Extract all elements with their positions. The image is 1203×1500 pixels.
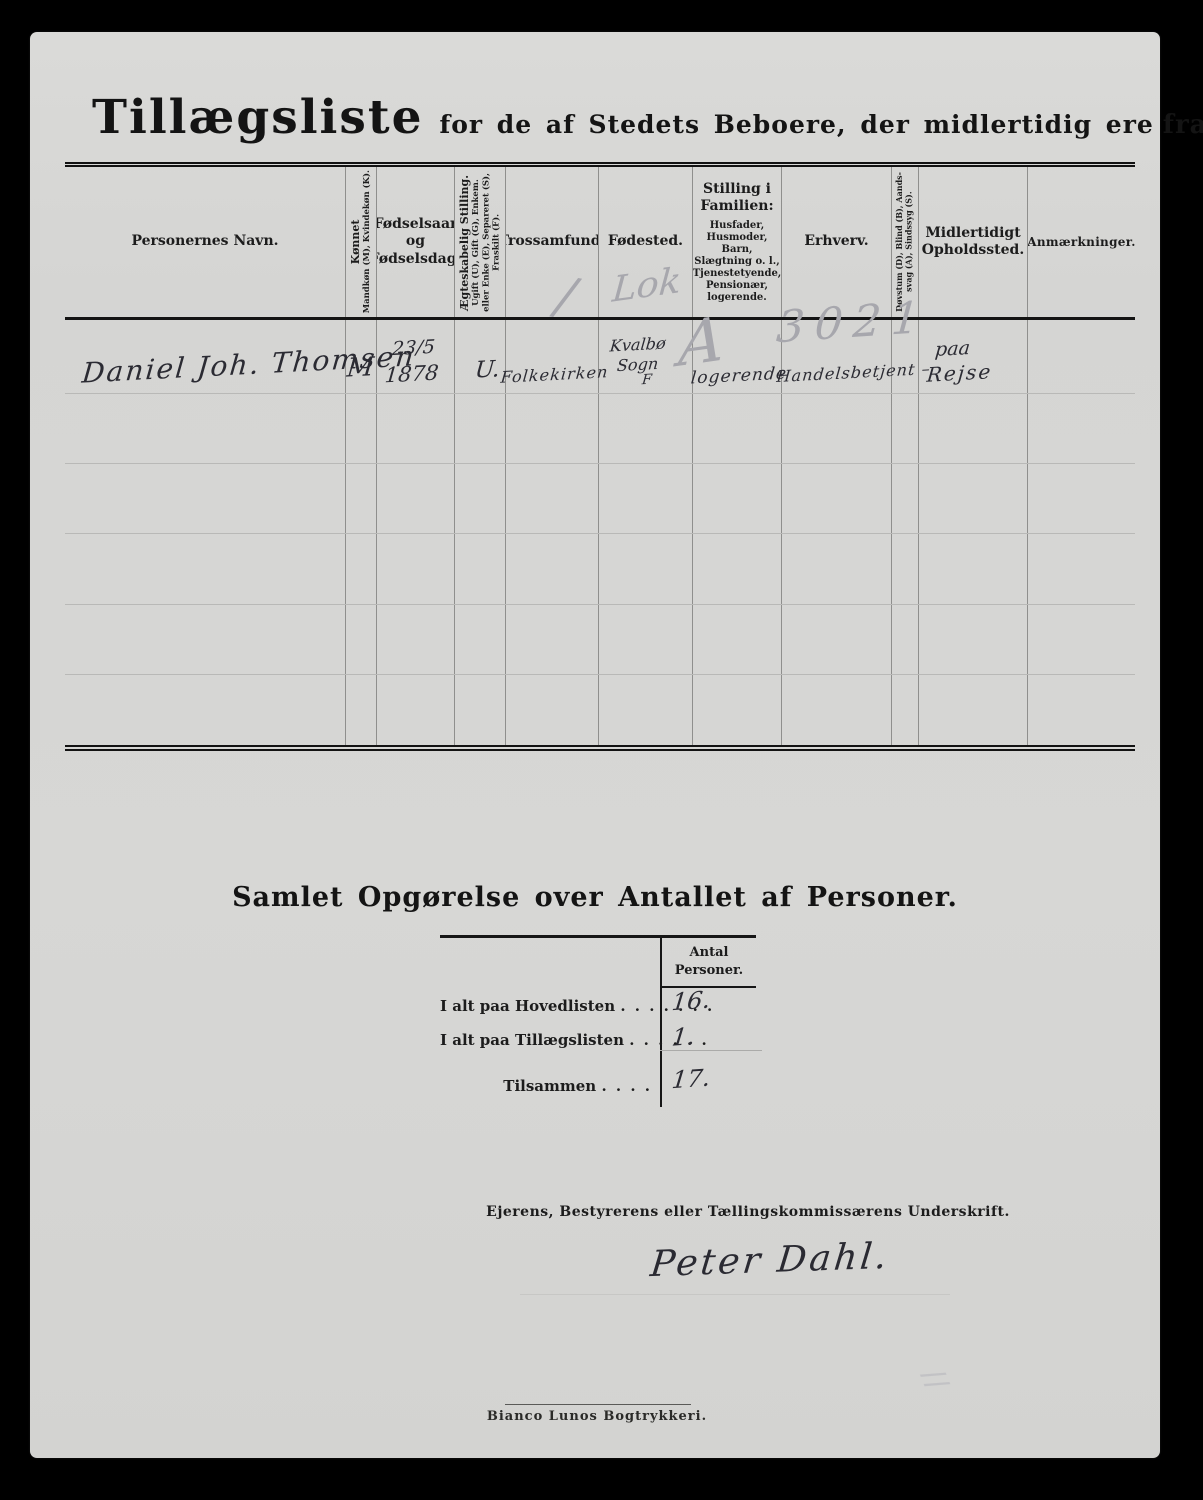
- table-row-empty: [65, 464, 1135, 534]
- handwriting-birthplace-1: Kvalbø: [609, 336, 666, 356]
- census-form-page: Tillægsliste for de af Stedets Beboere, …: [30, 32, 1160, 1458]
- summary-row-tillaegsliste-label: I alt paa Tillægslisten . . . . . .: [440, 1031, 652, 1049]
- col-header-family-position: Stilling i Familien: Husfader, Husmoder,…: [692, 167, 781, 317]
- col-header-family-sub: Husfader, Husmoder, Barn, Slægtning o. l…: [693, 220, 781, 304]
- summary-row-total-label: Tilsammen . . . .: [440, 1077, 652, 1095]
- printer-credit: Bianco Lunos Bogtrykkeri.: [447, 1409, 747, 1424]
- summary-row-hovedliste-label: I alt paa Hovedlisten . . . . . . .: [440, 997, 652, 1015]
- pencil-scratch-mark: ∕∕: [915, 1364, 955, 1396]
- dot-leader: . . . .: [601, 1077, 652, 1095]
- col-header-marital-main: Ægteskabelig Stilling.: [458, 173, 471, 312]
- census-table: Personernes Navn. Kønnet Mandkøn (M), Kv…: [65, 162, 1135, 751]
- summary-top-rule: [440, 935, 756, 938]
- col-header-name-label: Personernes Navn.: [131, 233, 278, 251]
- col-header-birthdate: Fødselsaar og Fødselsdag.: [376, 167, 454, 317]
- handwriting-birth-day: 23/5: [391, 338, 436, 360]
- handwriting-residence-1: paa: [934, 339, 971, 361]
- summary-heading: Samlet Opgørelse over Antallet af Person…: [30, 882, 1160, 913]
- page-title: Tillægsliste for de af Stedets Beboere, …: [92, 90, 1112, 145]
- handwriting-residence-2: Rejse: [926, 361, 993, 385]
- summary-row-total-value: 17.: [670, 1064, 712, 1095]
- summary-row-tillaegsliste-value: 1.: [670, 1022, 696, 1052]
- table-row-empty: [65, 605, 1135, 675]
- col-header-sex: Kønnet Mandkøn (M), Kvindekøn (K).: [345, 167, 376, 317]
- handwriting-marital: U.: [474, 357, 501, 382]
- col-header-sex-sub: Mandkøn (M), Kvindekøn (K).: [363, 170, 373, 313]
- page-title-subtitle: for de af Stedets Beboere, der midlertid…: [439, 110, 1153, 139]
- table-row-empty: [65, 675, 1135, 745]
- cell-remarks: [1027, 320, 1135, 393]
- handwriting-birth-year: 1878: [384, 362, 440, 387]
- col-header-occupation: Erhverv.: [781, 167, 891, 317]
- col-header-remarks: Anmærkninger.: [1027, 167, 1135, 317]
- printer-rule: [505, 1404, 691, 1405]
- dot-leader: . . . . . .: [629, 1031, 708, 1049]
- summary-column-header: Antal Personer.: [662, 944, 756, 980]
- page-title-subtitle-emphasis: fraværende.: [1163, 110, 1203, 140]
- handwriting-birthplace-3: F: [641, 373, 652, 388]
- summary-table: Antal Personer. I alt paa Hovedlisten . …: [440, 935, 770, 1110]
- col-header-marital-status: Ægteskabelig Stilling. Ugift (U), Gift (…: [454, 167, 505, 317]
- col-header-religion: Trossamfund.: [505, 167, 598, 317]
- page-title-main: Tillægsliste: [92, 90, 423, 145]
- signature-line: [520, 1294, 950, 1295]
- signature-label: Ejerens, Bestyrerens eller Tællingskommi…: [448, 1204, 1048, 1220]
- signature-handwriting: Peter Dahl.: [467, 1230, 1074, 1292]
- summary-subtotal-rule: [660, 1050, 762, 1051]
- table-row-empty: [65, 394, 1135, 464]
- pencil-letter-a-mark: A: [677, 302, 725, 381]
- table-row-empty: [65, 534, 1135, 605]
- col-header-name: Personernes Navn.: [65, 167, 345, 317]
- col-header-sex-main: Kønnet: [349, 170, 362, 313]
- pencil-number-mark: 3021: [775, 292, 932, 353]
- handwriting-sex: M: [346, 354, 375, 383]
- table-header-row: Personernes Navn. Kønnet Mandkøn (M), Kv…: [65, 167, 1135, 320]
- summary-row-hovedliste-value: 16.: [670, 986, 712, 1017]
- col-header-temporary-residence: Midlertidigt Opholdssted.: [918, 167, 1027, 317]
